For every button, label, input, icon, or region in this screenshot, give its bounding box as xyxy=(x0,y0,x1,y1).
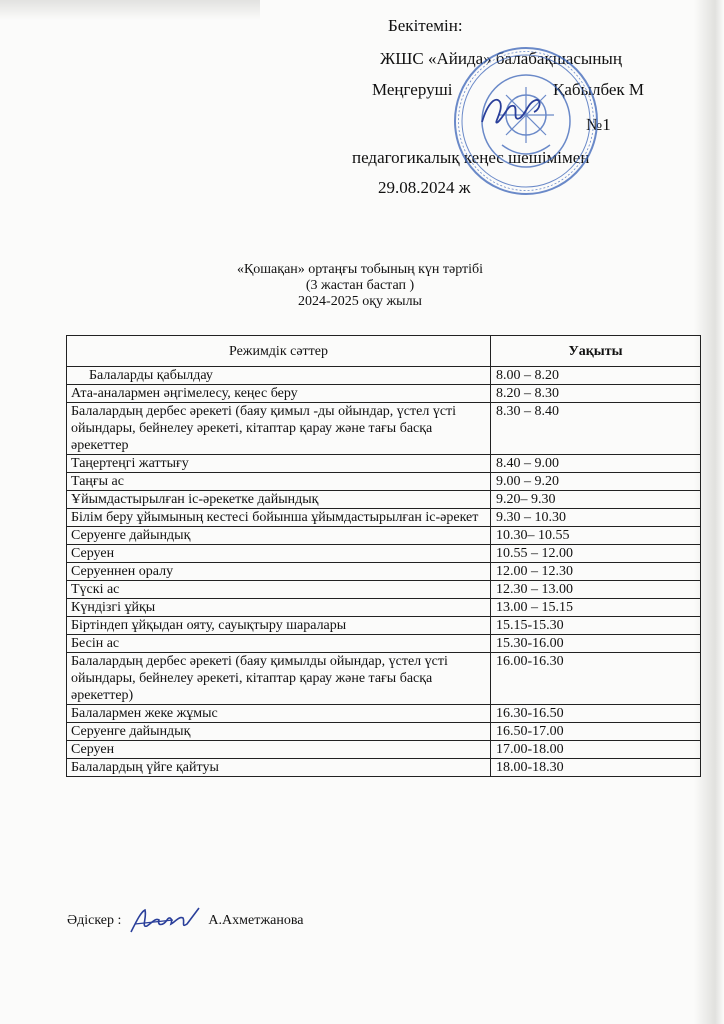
activity-cell: Серуеннен оралу xyxy=(67,563,491,581)
council-decision-line: педагогикалық кеңес шешімімен xyxy=(352,148,589,168)
time-cell: 8.00 – 8.20 xyxy=(491,367,701,385)
table-row: Білім беру ұйымының кестесі бойынша ұйым… xyxy=(67,509,701,527)
time-cell: 9.30 – 10.30 xyxy=(491,509,701,527)
time-cell: 9.20– 9.30 xyxy=(491,491,701,509)
table-header-row: Режимдік сәттер Уақыты xyxy=(67,336,701,367)
time-cell: 17.00-18.00 xyxy=(491,741,701,759)
activity-cell: Балалардың үйге қайтуы xyxy=(67,759,491,777)
header-time: Уақыты xyxy=(491,336,701,367)
activity-cell: Бесін ас xyxy=(67,635,491,653)
activity-cell: Таңғы ас xyxy=(67,473,491,491)
table-row: Біртіндеп ұйқыдан ояту, сауықтыру шарала… xyxy=(67,617,701,635)
table-row: Серуен17.00-18.00 xyxy=(67,741,701,759)
time-cell: 15.15-15.30 xyxy=(491,617,701,635)
time-cell: 16.00-16.30 xyxy=(491,653,701,705)
title-line-1: «Қошақан» ортаңғы тобының күн тәртібі xyxy=(140,262,580,278)
activity-cell: Таңертеңгі жаттығу xyxy=(67,455,491,473)
activity-cell: Серуенге дайындық xyxy=(67,527,491,545)
table-row: Балаларды қабылдау8.00 – 8.20 xyxy=(67,367,701,385)
table-row: Балалардың үйге қайтуы18.00-18.30 xyxy=(67,759,701,777)
header-activity: Режимдік сәттер xyxy=(67,336,491,367)
time-cell: 10.55 – 12.00 xyxy=(491,545,701,563)
title-line-3: 2024-2025 оқу жылы xyxy=(140,294,580,310)
table-row: Балалардың дербес әрекеті (баяу қимыл -д… xyxy=(67,403,701,455)
activity-cell: Түскі ас xyxy=(67,581,491,599)
methodist-name: А.Ахметжанова xyxy=(208,913,303,928)
time-cell: 8.20 – 8.30 xyxy=(491,385,701,403)
table-row: Таңертеңгі жаттығу8.40 – 9.00 xyxy=(67,455,701,473)
methodist-signature xyxy=(127,906,203,936)
activity-cell: Серуен xyxy=(67,741,491,759)
table-row: Түскі ас12.30 – 13.00 xyxy=(67,581,701,599)
approval-block: Бекітемін: ЖШС «Айида» балабақшасының Ме… xyxy=(0,0,724,230)
activity-cell: Серуенге дайындық xyxy=(67,723,491,741)
table-row: Күндізгі ұйқы13.00 – 15.15 xyxy=(67,599,701,617)
table-row: Бесін ас15.30-16.00 xyxy=(67,635,701,653)
table-row: Балалармен жеке жұмыс16.30-16.50 xyxy=(67,705,701,723)
table-row: Балалардың дербес әрекеті (баяу қимылды … xyxy=(67,653,701,705)
activity-cell: Балалардың дербес әрекеті (баяу қимылды … xyxy=(67,653,491,705)
activity-cell: Серуен xyxy=(67,545,491,563)
time-cell: 16.30-16.50 xyxy=(491,705,701,723)
activity-cell: Балалармен жеке жұмыс xyxy=(67,705,491,723)
time-cell: 8.40 – 9.00 xyxy=(491,455,701,473)
time-cell: 12.30 – 13.00 xyxy=(491,581,701,599)
table-row: Серуеннен оралу12.00 – 12.30 xyxy=(67,563,701,581)
table-row: Серуен10.55 – 12.00 xyxy=(67,545,701,563)
time-cell: 10.30– 10.55 xyxy=(491,527,701,545)
time-cell: 13.00 – 15.15 xyxy=(491,599,701,617)
time-cell: 8.30 – 8.40 xyxy=(491,403,701,455)
table-row: Серуенге дайындық10.30– 10.55 xyxy=(67,527,701,545)
head-name: Қабылбек М xyxy=(553,80,644,100)
organization-line: ЖШС «Айида» балабақшасының xyxy=(380,49,622,69)
activity-cell: Күндізгі ұйқы xyxy=(67,599,491,617)
document-title: «Қошақан» ортаңғы тобының күн тәртібі (3… xyxy=(140,262,580,310)
methodist-label: Әдіскер : xyxy=(67,913,121,928)
approved-label: Бекітемін: xyxy=(388,16,463,36)
methodist-signature-line: Әдіскер : А.Ахметжанова xyxy=(67,906,304,936)
activity-cell: Ұйымдастырылған іс-әрекетке дайындық xyxy=(67,491,491,509)
activity-cell: Балалардың дербес әрекеті (баяу қимыл -д… xyxy=(67,403,491,455)
time-cell: 16.50-17.00 xyxy=(491,723,701,741)
title-line-2: (3 жастан бастап ) xyxy=(140,278,580,294)
activity-cell: Біртіндеп ұйқыдан ояту, сауықтыру шарала… xyxy=(67,617,491,635)
table-row: Ата-аналармен әңгімелесу, кеңес беру8.20… xyxy=(67,385,701,403)
activity-cell: Ата-аналармен әңгімелесу, кеңес беру xyxy=(67,385,491,403)
time-cell: 18.00-18.30 xyxy=(491,759,701,777)
position-label: Меңгерушi xyxy=(372,80,452,100)
time-cell: 12.00 – 12.30 xyxy=(491,563,701,581)
activity-cell: Балаларды қабылдау xyxy=(67,367,491,385)
daily-schedule-table: Режимдік сәттер Уақыты Балаларды қабылда… xyxy=(66,335,701,777)
table-row: Таңғы ас9.00 – 9.20 xyxy=(67,473,701,491)
table-row: Серуенге дайындық16.50-17.00 xyxy=(67,723,701,741)
activity-cell: Білім беру ұйымының кестесі бойынша ұйым… xyxy=(67,509,491,527)
table-row: Ұйымдастырылған іс-әрекетке дайындық9.20… xyxy=(67,491,701,509)
time-cell: 9.00 – 9.20 xyxy=(491,473,701,491)
protocol-number: №1 xyxy=(586,115,611,135)
approval-date: 29.08.2024 ж xyxy=(378,178,471,198)
time-cell: 15.30-16.00 xyxy=(491,635,701,653)
